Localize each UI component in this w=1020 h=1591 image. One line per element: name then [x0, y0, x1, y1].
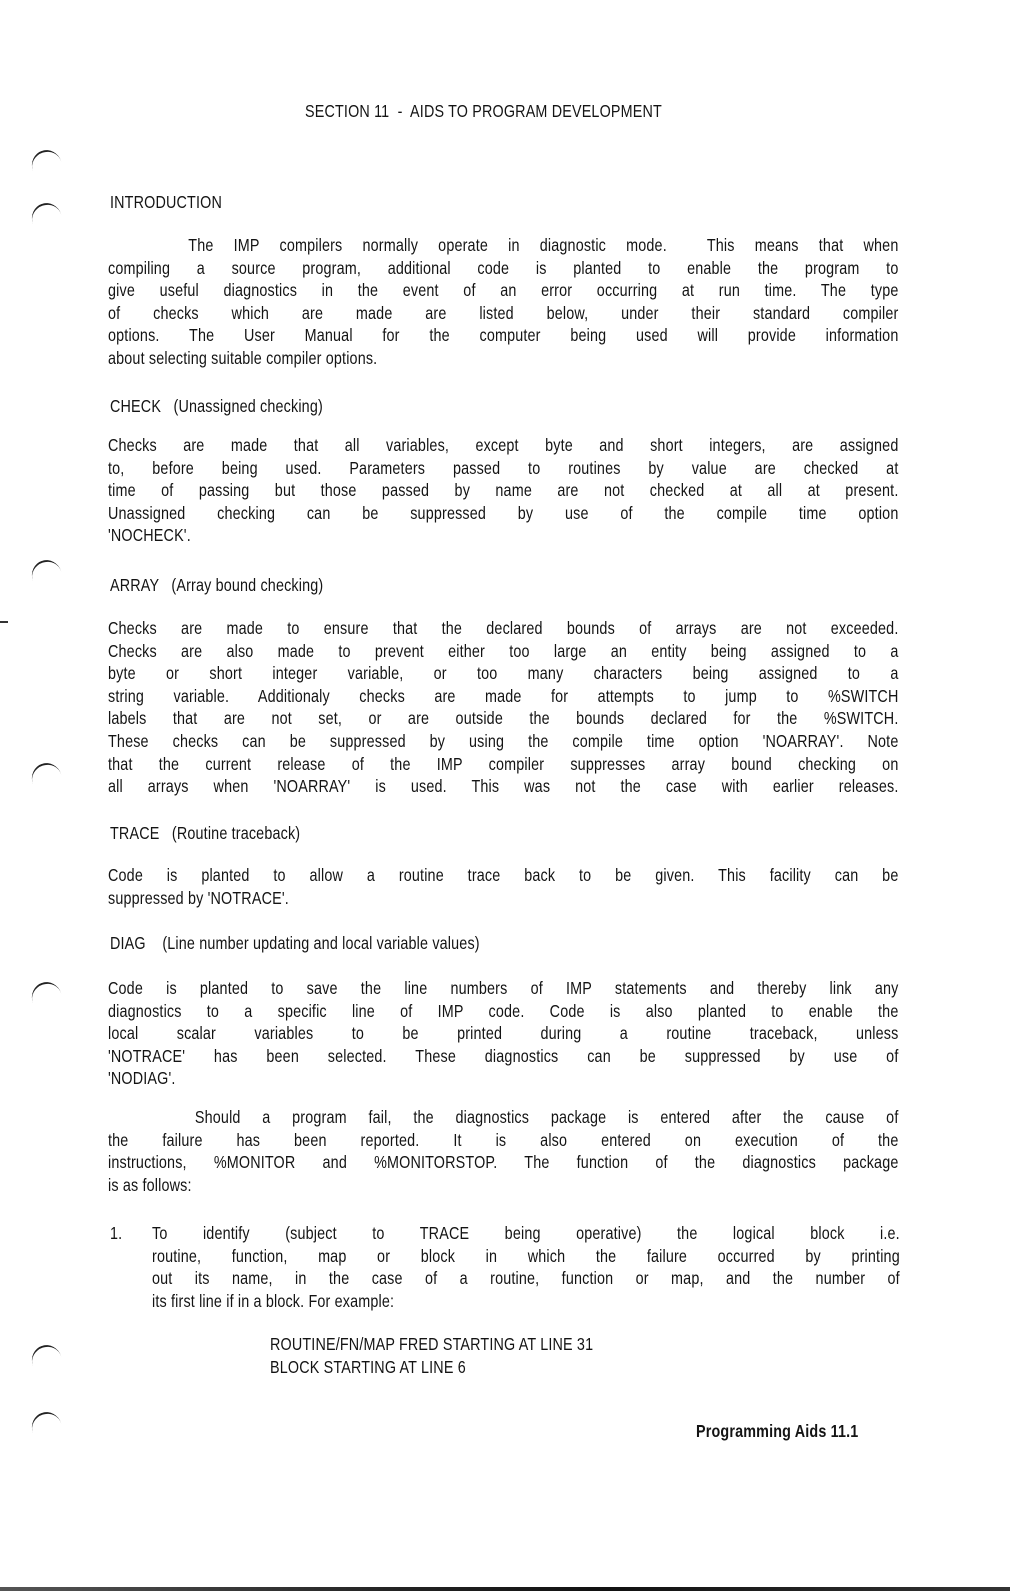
text-line: routine, function, map or block in which…: [152, 1245, 900, 1268]
text-line: that the current release of the IMP comp…: [108, 753, 898, 776]
text-line: its first line if in a block. For exampl…: [152, 1290, 900, 1313]
list-item: To identify (subject to TRACE being oper…: [152, 1222, 900, 1312]
text-line: 'NODIAG'.: [108, 1067, 898, 1090]
text-line: 'NOTRACE' has been selected. These diagn…: [108, 1045, 898, 1068]
text-line: diagnostics to a specific line of IMP co…: [108, 1000, 898, 1023]
failure-paragraph: Should a program fail, the diagnostics p…: [108, 1106, 898, 1196]
text-line: Code is planted to save the line numbers…: [108, 977, 898, 1000]
margin-mark-icon: [28, 978, 66, 1018]
example-output: ROUTINE/FN/MAP FRED STARTING AT LINE 31 …: [270, 1333, 593, 1378]
text-line: Checks are made that all variables, exce…: [108, 434, 898, 457]
diag-heading: DIAG (Line number updating and local var…: [110, 932, 480, 955]
margin-mark-icon: [28, 199, 66, 239]
check-heading: CHECK (Unassigned checking): [110, 395, 323, 418]
text-line: Checks are also made to prevent either t…: [108, 640, 898, 663]
text-line: The IMP compilers normally operate in di…: [108, 234, 898, 257]
section-title: SECTION 11 - AIDS TO PROGRAM DEVELOPMENT: [305, 100, 662, 123]
text-line: Code is planted to allow a routine trace…: [108, 864, 898, 887]
text-line: time of passing but those passed by name…: [108, 479, 898, 502]
text-line: of checks which are made are listed belo…: [108, 302, 898, 325]
page-edge: [0, 1587, 1010, 1591]
introduction-paragraph: The IMP compilers normally operate in di…: [108, 234, 898, 370]
text-line: to, before being used. Parameters passed…: [108, 457, 898, 480]
text-line: is as follows:: [108, 1174, 898, 1197]
check-paragraph: Checks are made that all variables, exce…: [108, 434, 898, 547]
text-line: byte or short integer variable, or too m…: [108, 662, 898, 685]
margin-mark-icon: [28, 759, 66, 799]
text-line: local scalar variables to be printed dur…: [108, 1022, 898, 1045]
text-line: out its name, in the case of a routine, …: [152, 1267, 900, 1290]
text-line: To identify (subject to TRACE being oper…: [152, 1222, 900, 1245]
array-heading: ARRAY (Array bound checking): [110, 574, 323, 597]
text-line: Checks are made to ensure that the decla…: [108, 617, 898, 640]
document-page: SECTION 11 - AIDS TO PROGRAM DEVELOPMENT…: [0, 0, 1020, 1591]
margin-mark-icon: [28, 146, 66, 186]
list-item-number: 1.: [110, 1222, 122, 1245]
margin-mark-icon: [28, 1408, 66, 1448]
text-line: These checks can be suppressed by using …: [108, 730, 898, 753]
text-line: give useful diagnostics in the event of …: [108, 279, 898, 302]
trace-heading: TRACE (Routine traceback): [110, 822, 300, 845]
margin-tick: [0, 621, 8, 623]
text-line: compiling a source program, additional c…: [108, 257, 898, 280]
text-line: labels that are not set, or are outside …: [108, 707, 898, 730]
text-line: options. The User Manual for the compute…: [108, 324, 898, 347]
diag-paragraph: Code is planted to save the line numbers…: [108, 977, 898, 1090]
page-footer: Programming Aids 11.1: [696, 1420, 858, 1443]
text-line: about selecting suitable compiler option…: [108, 347, 898, 370]
text-line: the failure has been reported. It is als…: [108, 1129, 898, 1152]
trace-paragraph: Code is planted to allow a routine trace…: [108, 864, 898, 909]
text-line: 'NOCHECK'.: [108, 524, 898, 547]
text-line: suppressed by 'NOTRACE'.: [108, 887, 898, 910]
example-line: ROUTINE/FN/MAP FRED STARTING AT LINE 31: [270, 1333, 593, 1356]
text-line: instructions, %MONITOR and %MONITORSTOP.…: [108, 1151, 898, 1174]
array-paragraph: Checks are made to ensure that the decla…: [108, 617, 898, 798]
introduction-heading: INTRODUCTION: [110, 191, 222, 214]
text-line: Should a program fail, the diagnostics p…: [108, 1106, 898, 1129]
text-line: all arrays when 'NOARRAY' is used. This …: [108, 775, 898, 798]
text-line: string variable. Additionaly checks are …: [108, 685, 898, 708]
margin-mark-icon: [28, 1341, 66, 1381]
margin-mark-icon: [28, 556, 66, 596]
example-line: BLOCK STARTING AT LINE 6: [270, 1356, 593, 1379]
text-line: Unassigned checking can be suppressed by…: [108, 502, 898, 525]
